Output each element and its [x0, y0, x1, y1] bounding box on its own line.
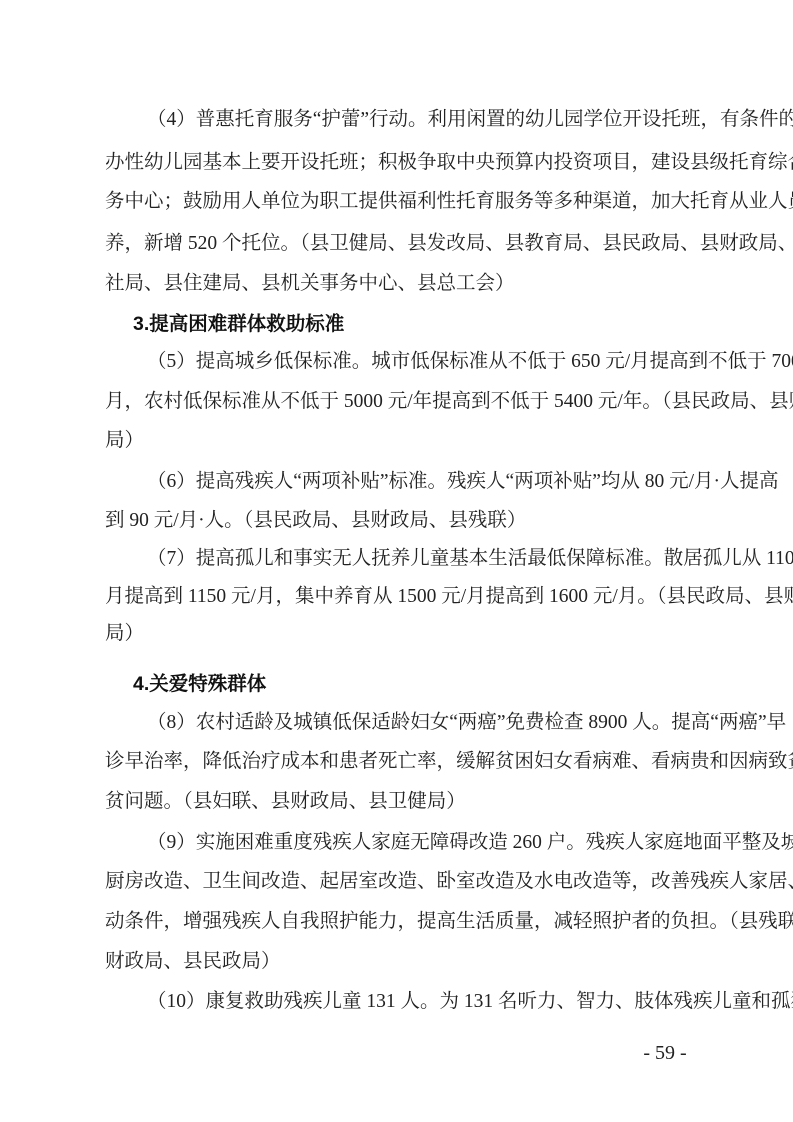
paragraph-7-line-1: （7）提高孤儿和事实无人抚养儿童基本生活最低保障标准。散居孤儿从 1100 元/ — [147, 546, 690, 572]
paragraph-4-line-2: 办性幼儿园基本上要开设托班；积极争取中央预算内投资项目，建设县级托育综合服 — [105, 150, 690, 176]
paragraph-4-line-1: （4）普惠托育服务“护蕾”行动。利用闲置的幼儿园学位开设托班，有条件的公 — [147, 107, 690, 133]
paragraph-9-line-3: 动条件，增强残疾人自我照护能力，提高生活质量，减轻照护者的负担。（县残联、县 — [105, 909, 690, 935]
paragraph-8-line-1: （8）农村适龄及城镇低保适龄妇女“两癌”免费检查 8900 人。提高“两癌”早 — [147, 710, 690, 736]
paragraph-6-line-2: 到 90 元/月·人。（县民政局、县财政局、县残联） — [105, 508, 690, 534]
paragraph-4-line-3: 务中心；鼓励用人单位为职工提供福利性托育服务等多种渠道，加大托育从业人员培 — [105, 189, 690, 215]
paragraph-8-line-2: 诊早治率，降低治疗成本和患者死亡率，缓解贫困妇女看病难、看病贵和因病致贫返 — [105, 749, 690, 775]
paragraph-4-line-4: 养，新增 520 个托位。（县卫健局、县发改局、县教育局、县民政局、县财政局、县… — [105, 231, 690, 257]
paragraph-6-line-1: （6）提高残疾人“两项补贴”标准。残疾人“两项补贴”均从 80 元/月·人提高 — [147, 469, 690, 495]
paragraph-5-line-1: （5）提高城乡低保标准。城市低保标准从不低于 650 元/月提高到不低于 700… — [147, 349, 690, 375]
paragraph-7-line-3: 局） — [105, 621, 690, 647]
section-heading-4: 4.关爱特殊群体 — [133, 671, 266, 697]
document-page: （4）普惠托育服务“护蕾”行动。利用闲置的幼儿园学位开设托班，有条件的公 办性幼… — [0, 0, 793, 1122]
section-heading-3: 3.提高困难群体救助标准 — [133, 311, 344, 337]
paragraph-4-line-5: 社局、县住建局、县机关事务中心、县总工会） — [105, 271, 690, 297]
paragraph-5-line-3: 局） — [105, 428, 690, 454]
paragraph-9-line-2: 厨房改造、卫生间改造、起居室改造、卧室改造及水电改造等，改善残疾人家居、活 — [105, 869, 690, 895]
page-number: - 59 - — [630, 1040, 700, 1066]
paragraph-7-line-2: 月提高到 1150 元/月，集中养育从 1500 元/月提高到 1600 元/月… — [105, 584, 690, 610]
paragraph-9-line-4: 财政局、县民政局） — [105, 949, 690, 975]
paragraph-5-line-2: 月，农村低保标准从不低于 5000 元/年提高到不低于 5400 元/年。（县民… — [105, 389, 690, 415]
paragraph-8-line-3: 贫问题。（县妇联、县财政局、县卫健局） — [105, 789, 690, 815]
paragraph-9-line-1: （9）实施困难重度残疾人家庭无障碍改造 260 户。残疾人家庭地面平整及坡化、 — [147, 830, 690, 856]
paragraph-10-line-1: （10）康复救助残疾儿童 131 人。为 131 名听力、智力、肢体残疾儿童和孤… — [147, 989, 690, 1015]
